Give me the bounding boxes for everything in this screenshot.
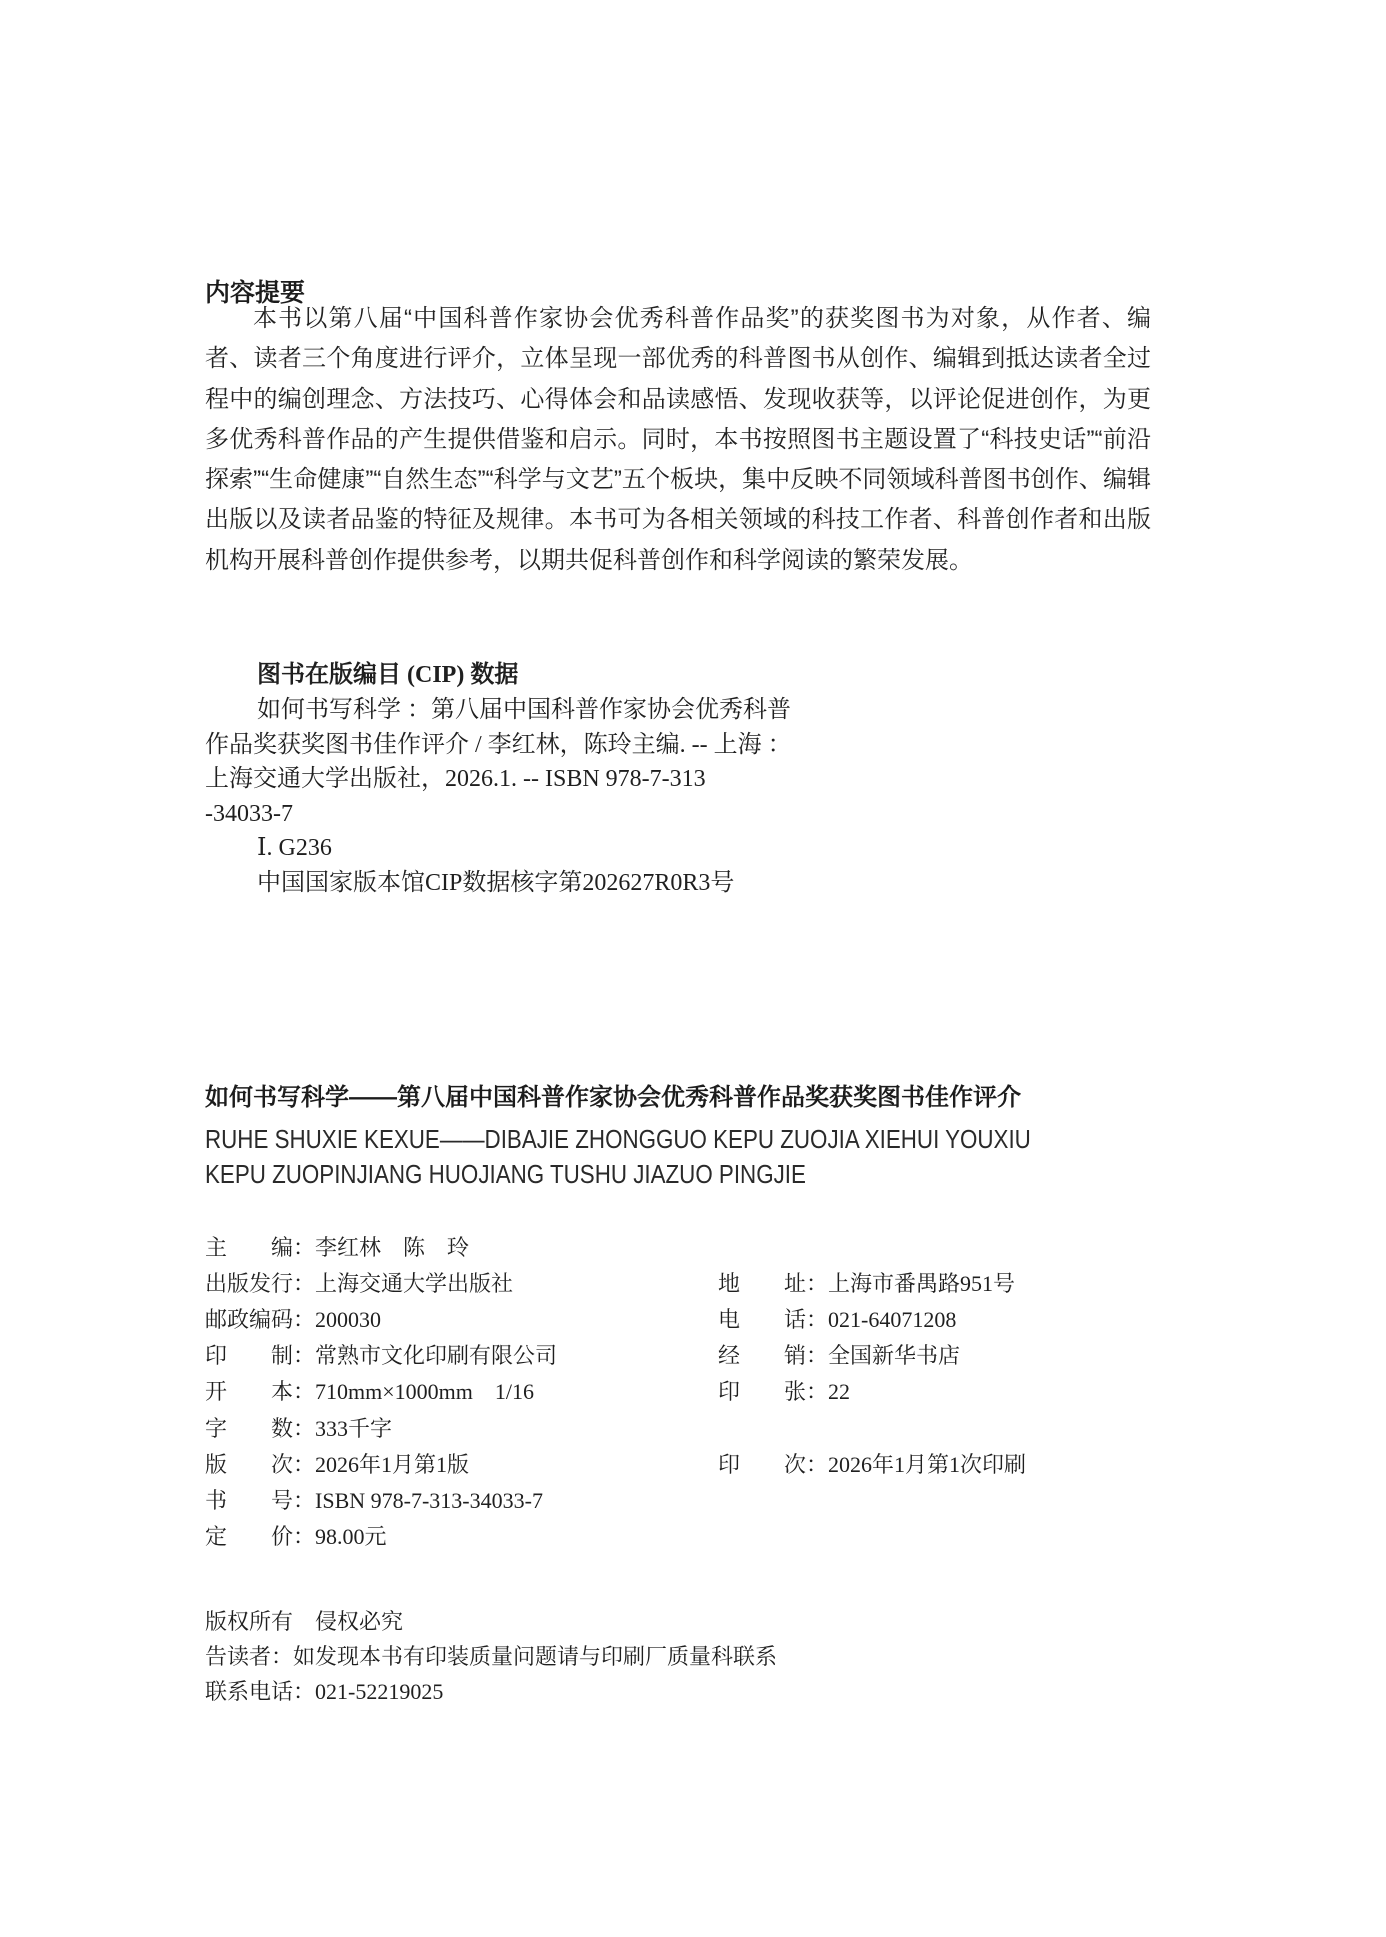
cip-line: 中国国家版本馆CIP数据核字第202627R0R3号	[205, 866, 1105, 901]
colophon-value: 上海市番禺路951号	[828, 1267, 1015, 1298]
colophon-row: 定 价：98.00元	[205, 1518, 1265, 1554]
colophon-label: 电 话：	[718, 1303, 828, 1334]
colophon-row: 出版发行：上海交通大学出版社 地 址：上海市番禺路951号	[205, 1264, 1265, 1300]
summary-paragraph: 本书以第八届“中国科普作家协会优秀科普作品奖”的获奖图书为对象，从作者、编者、读…	[205, 299, 1151, 581]
cip-line: 如何书写科学 ：第八届中国科普作家协会优秀科普	[205, 693, 1105, 728]
colophon-label: 字 数：	[205, 1412, 315, 1443]
colophon-value: 98.00元	[315, 1520, 387, 1551]
contact-phone-line: 联系电话：021-52219025	[205, 1674, 777, 1709]
colophon-value: 021-64071208	[828, 1307, 956, 1333]
cip-section: 图书在版编目 (CIP) 数据 如何书写科学 ：第八届中国科普作家协会优秀科普 …	[205, 657, 1105, 900]
colophon-row: 印 制：常熟市文化印刷有限公司 经 销：全国新华书店	[205, 1337, 1265, 1373]
cip-heading: 图书在版编目 (CIP) 数据	[205, 657, 1105, 693]
pinyin-line: KEPU ZUOPINJIANG HUOJIANG TUSHU JIAZUO P…	[205, 1157, 1031, 1192]
colophon-label: 经 销：	[718, 1339, 828, 1370]
colophon-row: 开 本：710mm×1000mm 1/16 印 张：22	[205, 1373, 1265, 1409]
colophon-value: 2026年1月第1版	[315, 1448, 469, 1479]
colophon-row: 字 数：333千字	[205, 1409, 1265, 1445]
colophon-value: 22	[828, 1379, 850, 1405]
colophon-label: 出版发行：	[205, 1267, 315, 1298]
colophon-row: 书 号：ISBN 978-7-313-34033-7	[205, 1481, 1265, 1517]
cip-line: -34033-7	[205, 797, 1105, 832]
colophon-label: 书 号：	[205, 1484, 315, 1515]
cip-line: Ⅰ. G236	[205, 831, 1105, 866]
colophon-row: 版 次：2026年1月第1版 印 次：2026年1月第1次印刷	[205, 1445, 1265, 1481]
colophon-label: 地 址：	[718, 1267, 828, 1298]
reader-notice-line: 告读者：如发现本书有印装质量问题请与印刷厂质量科联系	[205, 1639, 777, 1674]
colophon-value: 200030	[315, 1307, 381, 1333]
cip-line: 作品奖获奖图书佳作评介 / 李红林，陈玲主编. -- 上海 ：	[205, 728, 1105, 763]
colophon-label: 定 价：	[205, 1520, 315, 1551]
cip-line: 上海交通大学出版社，2026.1. -- ISBN 978-7-313	[205, 762, 1105, 797]
pinyin-line: RUHE SHUXIE KEXUE——DIBAJIE ZHONGGUO KEPU…	[205, 1122, 1031, 1157]
colophon-label: 版 次：	[205, 1448, 315, 1479]
colophon-row: 主 编：李红林 陈 玲	[205, 1228, 1265, 1264]
colophon-value: 上海交通大学出版社	[315, 1267, 513, 1298]
colophon-label: 邮政编码：	[205, 1303, 315, 1334]
colophon-label: 印 制：	[205, 1339, 315, 1370]
book-title-pinyin: RUHE SHUXIE KEXUE——DIBAJIE ZHONGGUO KEPU…	[205, 1122, 1031, 1192]
colophon-value: ISBN 978-7-313-34033-7	[315, 1488, 543, 1514]
copyright-page: 内容提要 本书以第八届“中国科普作家协会优秀科普作品奖”的获奖图书为对象，从作者…	[0, 0, 1386, 1937]
copyright-line: 版权所有 侵权必究	[205, 1604, 777, 1639]
colophon-row: 邮政编码：200030 电 话：021-64071208	[205, 1300, 1265, 1336]
copyright-notice: 版权所有 侵权必究 告读者：如发现本书有印装质量问题请与印刷厂质量科联系 联系电…	[205, 1604, 777, 1709]
colophon-value: 常熟市文化印刷有限公司	[315, 1339, 557, 1370]
colophon-label: 开 本：	[205, 1375, 315, 1406]
colophon-value: 李红林 陈 玲	[315, 1231, 469, 1262]
book-title: 如何书写科学——第八届中国科普作家协会优秀科普作品奖获奖图书佳作评介	[205, 1084, 1021, 1112]
colophon-label: 主 编：	[205, 1231, 315, 1262]
colophon-value: 710mm×1000mm 1/16	[315, 1375, 534, 1406]
colophon-value: 333千字	[315, 1412, 392, 1443]
colophon-label: 印 张：	[718, 1375, 828, 1406]
colophon-value: 2026年1月第1次印刷	[828, 1448, 1026, 1479]
colophon-value: 全国新华书店	[828, 1339, 960, 1370]
colophon-label: 印 次：	[718, 1448, 828, 1479]
colophon-section: 主 编：李红林 陈 玲 出版发行：上海交通大学出版社 地 址：上海市番禺路951…	[205, 1228, 1265, 1554]
